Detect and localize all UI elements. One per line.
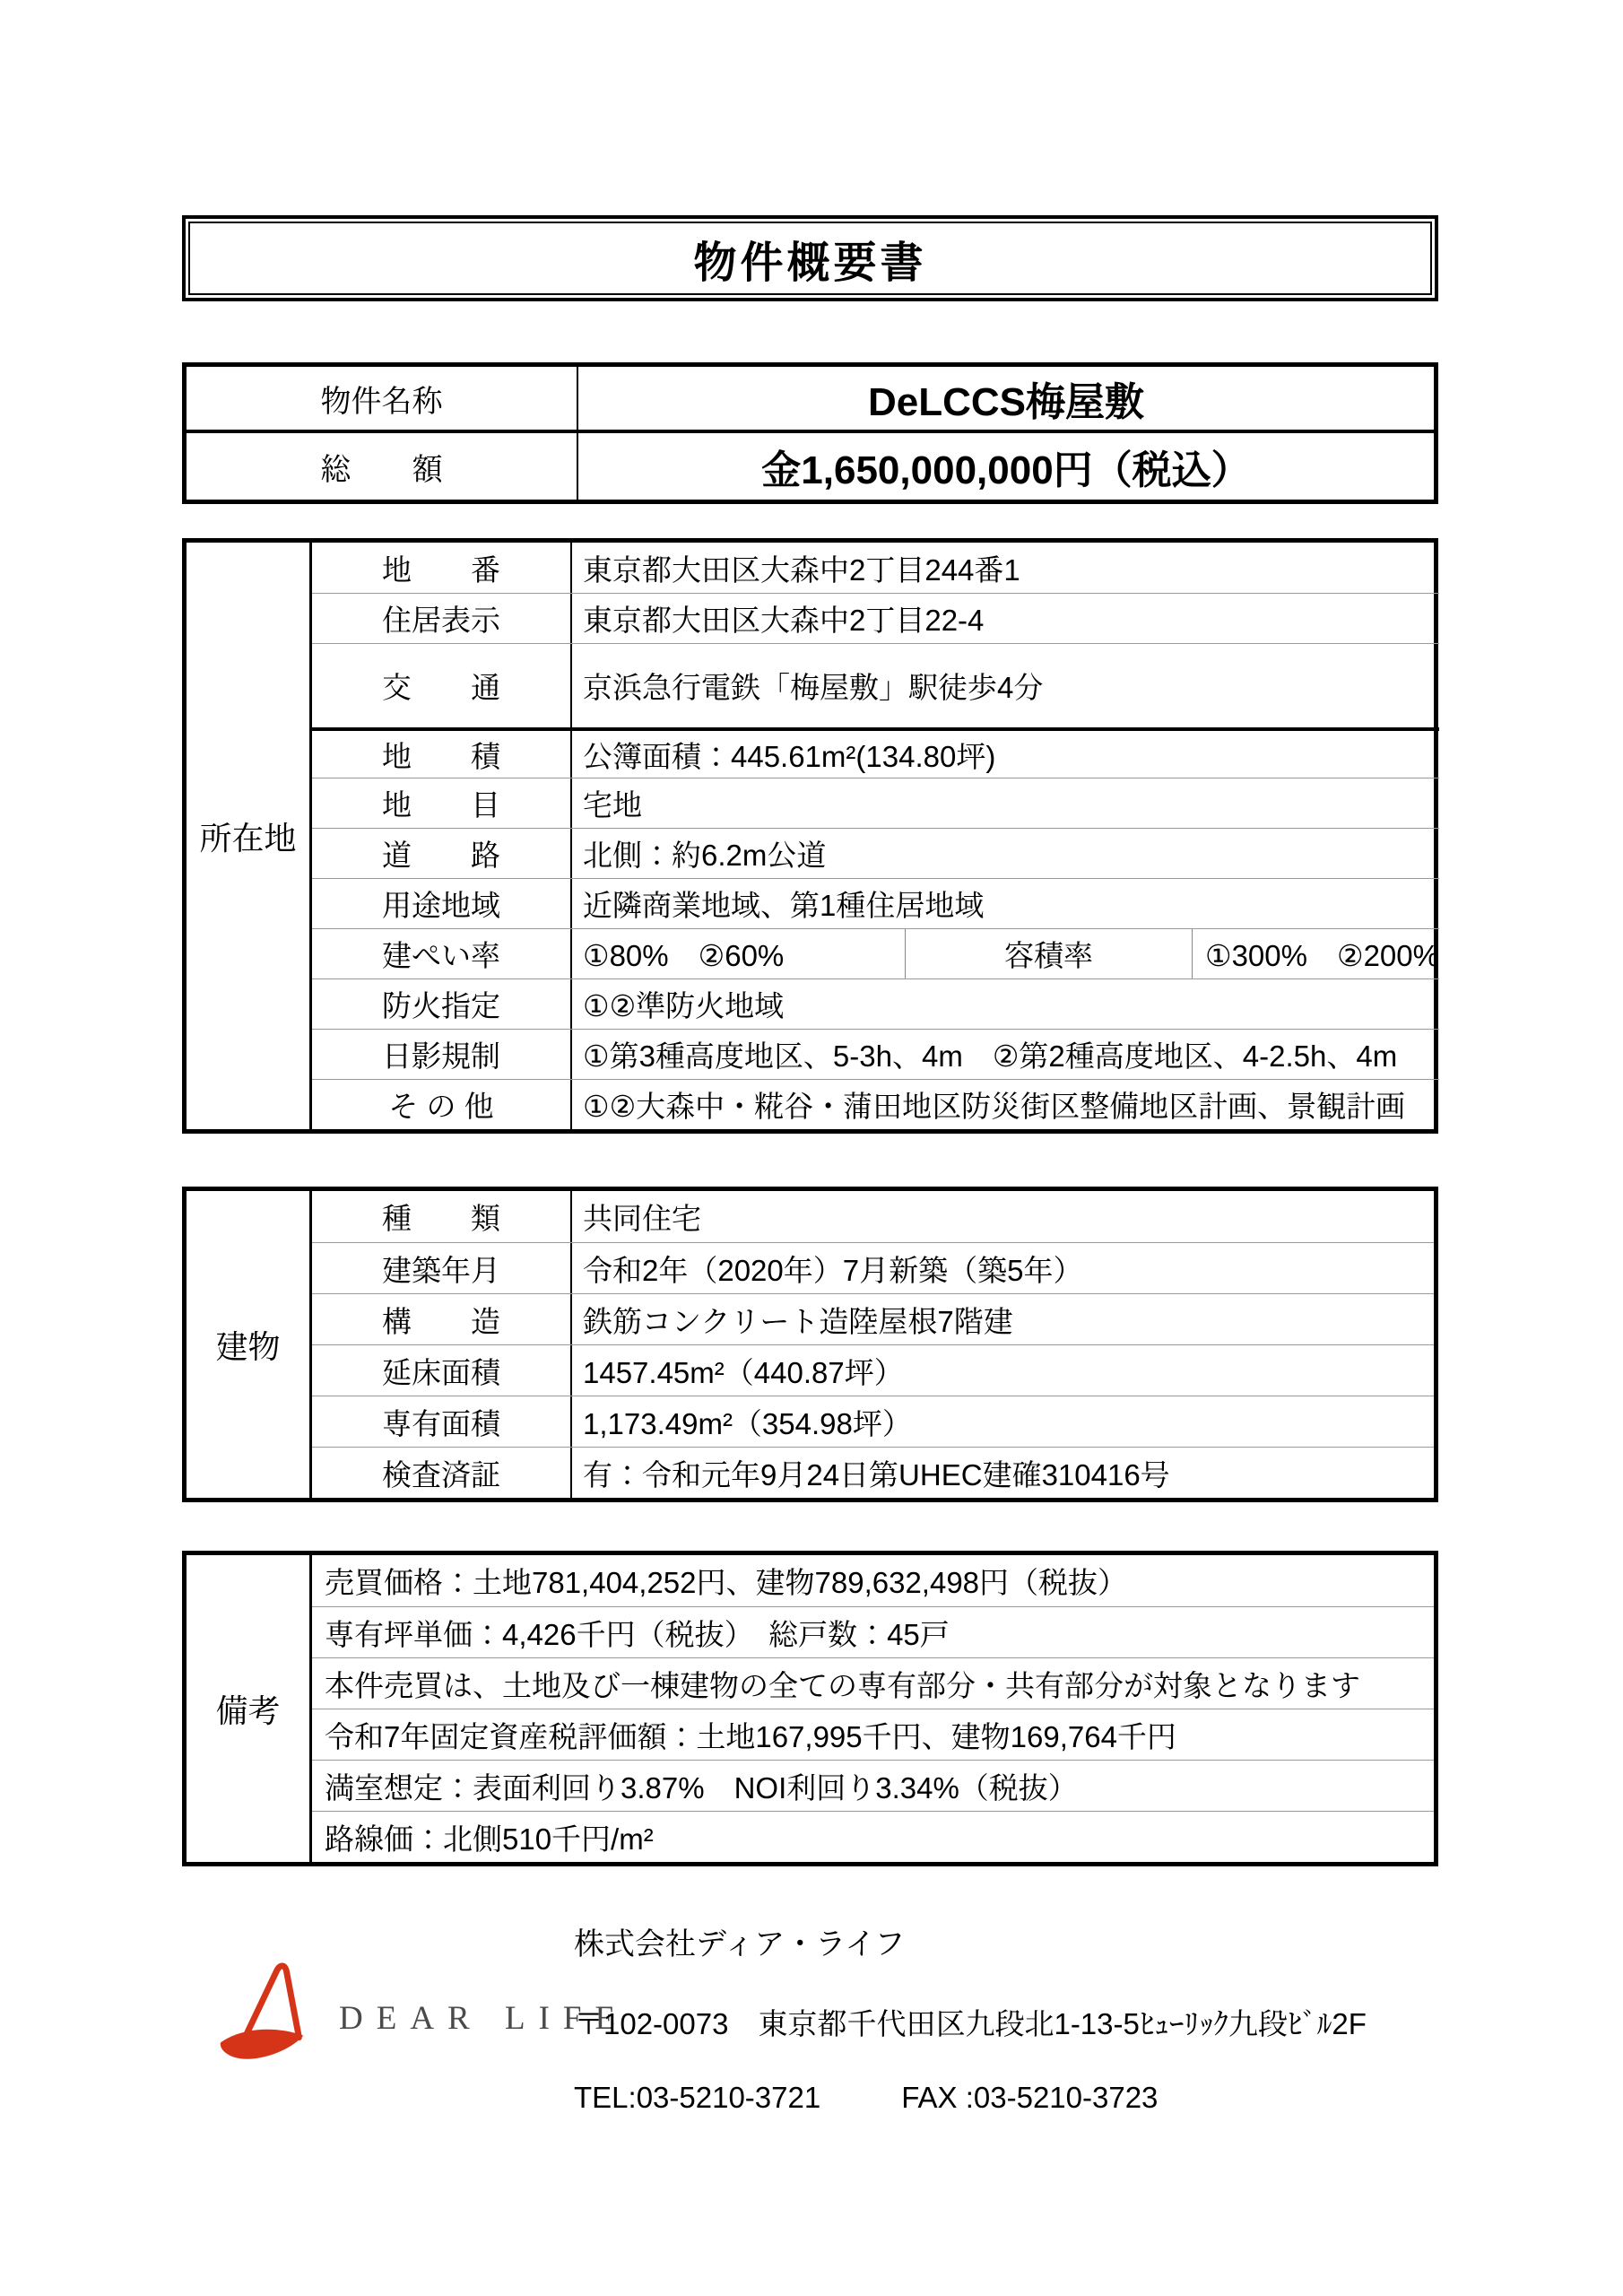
table-row: 地 積 公簿面積：445.61m²(134.80坪) <box>312 727 1439 778</box>
table-row: 防火指定 ①②準防火地域 <box>312 978 1439 1029</box>
table-row: 日影規制 ①第3種高度地区、5-3h、4m ②第2種高度地区、4-2.5h、4m <box>312 1029 1439 1079</box>
remarks-row: 令和7年固定資産税評価額：土地167,995千円、建物169,764千円 <box>312 1709 1434 1760</box>
total-price-label: 総 額 <box>187 433 578 500</box>
row-label: 交 通 <box>312 644 572 727</box>
company-telfax: TEL:03-5210-3721 FAX :03-5210-3723 <box>574 2081 1367 2115</box>
remarks-row: 売買価格：土地781,404,252円、建物789,632,498円（税抜） <box>312 1555 1434 1606</box>
remarks-group-label: 備考 <box>187 1555 312 1862</box>
table-row: 地 目 宅地 <box>312 778 1439 828</box>
location-rows: 地 番 東京都大田区大森中2丁目244番1 住居表示 東京都大田区大森中2丁目2… <box>312 543 1439 1129</box>
company-address: 〒102-0073 東京都千代田区九段北1-13-5ﾋｭｰﾘｯｸ九段ﾋﾞﾙ2F <box>574 2001 1367 2043</box>
table-row: 構 造 鉄筋コンクリート造陸屋根7階建 <box>312 1293 1434 1344</box>
table-row: 交 通 京浜急行電鉄「梅屋敷」駅徒歩4分 <box>312 643 1439 727</box>
building-table: 建物 種 類 共同住宅 建築年月 令和2年（2020年）7月新築（築5年） 構 … <box>182 1187 1438 1502</box>
table-row: そ の 他 ①②大森中・糀谷・蒲田地区防災街区整備地区計画、景観計画 <box>312 1079 1439 1129</box>
row-value: 1,173.49m²（354.98坪） <box>572 1396 1434 1447</box>
company-tel: TEL:03-5210-3721 <box>574 2081 820 2115</box>
row-value: 京浜急行電鉄「梅屋敷」駅徒歩4分 <box>572 644 1439 727</box>
row-label: 日影規制 <box>312 1030 572 1079</box>
row-label: そ の 他 <box>312 1080 572 1129</box>
company-fax: FAX :03-5210-3723 <box>901 2081 1158 2115</box>
row-label: 用途地域 <box>312 879 572 928</box>
document-title-inner-frame: 物件概要書 <box>188 222 1432 295</box>
table-row: 用途地域 近隣商業地域、第1種住居地域 <box>312 878 1439 928</box>
dear-life-logo: DEAR LIFE <box>215 1955 629 2081</box>
row-label: 延床面積 <box>312 1345 572 1396</box>
table-row: 専有面積 1,173.49m²（354.98坪） <box>312 1396 1434 1447</box>
page: 物件概要書 物件名称 DeLCCS梅屋敷 総 額 金1,650,000,000円… <box>0 0 1623 2296</box>
row-label: 建ぺい率 <box>312 929 572 978</box>
row-value: ①②大森中・糀谷・蒲田地区防災街区整備地区計画、景観計画 <box>572 1080 1439 1129</box>
table-row: 物件名称 DeLCCS梅屋敷 <box>187 367 1434 433</box>
table-row: 種 類 共同住宅 <box>312 1191 1434 1242</box>
row-label: 地 目 <box>312 778 572 828</box>
location-group-label: 所在地 <box>187 543 312 1129</box>
row-value: 1457.45m²（440.87坪） <box>572 1345 1434 1396</box>
row-label: 防火指定 <box>312 979 572 1029</box>
building-rows: 種 類 共同住宅 建築年月 令和2年（2020年）7月新築（築5年） 構 造 鉄… <box>312 1191 1434 1498</box>
row-value: 令和2年（2020年）7月新築（築5年） <box>572 1243 1434 1293</box>
remarks-rows: 売買価格：土地781,404,252円、建物789,632,498円（税抜） 専… <box>312 1555 1434 1862</box>
company-info: 株式会社ディア・ライフ 〒102-0073 東京都千代田区九段北1-13-5ﾋｭ… <box>574 1919 1367 2115</box>
row-value: 公簿面積：445.61m²(134.80坪) <box>572 731 1439 778</box>
row-value: 近隣商業地域、第1種住居地域 <box>572 879 1439 928</box>
row-value: 東京都大田区大森中2丁目244番1 <box>572 543 1439 593</box>
remarks-table: 備考 売買価格：土地781,404,252円、建物789,632,498円（税抜… <box>182 1551 1438 1866</box>
remarks-row: 満室想定：表面利回り3.87% NOI利回り3.34%（税抜） <box>312 1760 1434 1811</box>
row-value: 北側：約6.2m公道 <box>572 829 1439 878</box>
row-value: 有：令和元年9月24日第UHEC建確310416号 <box>572 1448 1434 1498</box>
row-label: 建築年月 <box>312 1243 572 1293</box>
row-label: 地 積 <box>312 731 572 778</box>
row-label: 道 路 <box>312 829 572 878</box>
table-row: 延床面積 1457.45m²（440.87坪） <box>312 1344 1434 1396</box>
remarks-row: 路線価：北側510千円/m² <box>312 1811 1434 1862</box>
location-table: 所在地 地 番 東京都大田区大森中2丁目244番1 住居表示 東京都大田区大森中… <box>182 538 1438 1134</box>
summary-table: 物件名称 DeLCCS梅屋敷 総 額 金1,650,000,000円（税込） <box>182 362 1438 504</box>
row-label: 住居表示 <box>312 594 572 643</box>
row-label: 専有面積 <box>312 1396 572 1447</box>
table-row: 建築年月 令和2年（2020年）7月新築（築5年） <box>312 1242 1434 1293</box>
table-row-coverage-ratio: 建ぺい率 ①80% ②60% 容積率 ①300% ②200% <box>312 928 1439 978</box>
row-label: 地 番 <box>312 543 572 593</box>
floor-area-ratio-value: ①300% ②200% <box>1193 929 1439 978</box>
row-value: 宅地 <box>572 778 1439 828</box>
coverage-ratio-value: ①80% ②60% <box>572 929 906 978</box>
row-value: 東京都大田区大森中2丁目22-4 <box>572 594 1439 643</box>
table-row: 検査済証 有：令和元年9月24日第UHEC建確310416号 <box>312 1447 1434 1498</box>
total-price-value: 金1,650,000,000円（税込） <box>578 433 1434 500</box>
row-value: ①第3種高度地区、5-3h、4m ②第2種高度地区、4-2.5h、4m <box>572 1030 1439 1079</box>
table-row: 地 番 東京都大田区大森中2丁目244番1 <box>312 543 1439 593</box>
row-value: ①②準防火地域 <box>572 979 1439 1029</box>
row-label: 構 造 <box>312 1294 572 1344</box>
row-value: 鉄筋コンクリート造陸屋根7階建 <box>572 1294 1434 1344</box>
footer: DEAR LIFE 株式会社ディア・ライフ 〒102-0073 東京都千代田区九… <box>0 1919 1623 2152</box>
property-name-label: 物件名称 <box>187 367 578 430</box>
table-row: 総 額 金1,650,000,000円（税込） <box>187 433 1434 500</box>
row-value: 共同住宅 <box>572 1191 1434 1242</box>
page-title: 物件概要書 <box>693 228 926 290</box>
property-name-value: DeLCCS梅屋敷 <box>578 367 1434 430</box>
remarks-row: 本件売買は、土地及び一棟建物の全ての専有部分・共有部分が対象となります <box>312 1657 1434 1709</box>
row-label: 検査済証 <box>312 1448 572 1498</box>
building-group-label: 建物 <box>187 1191 312 1498</box>
dear-life-logo-icon <box>215 1955 321 2081</box>
table-row: 住居表示 東京都大田区大森中2丁目22-4 <box>312 593 1439 643</box>
table-row: 道 路 北側：約6.2m公道 <box>312 828 1439 878</box>
floor-area-ratio-label: 容積率 <box>906 929 1193 978</box>
remarks-row: 専有坪単価：4,426千円（税抜） 総戸数：45戸 <box>312 1606 1434 1657</box>
document-title-box: 物件概要書 <box>182 215 1438 301</box>
row-label: 種 類 <box>312 1191 572 1242</box>
company-name: 株式会社ディア・ライフ <box>574 1919 1367 1963</box>
